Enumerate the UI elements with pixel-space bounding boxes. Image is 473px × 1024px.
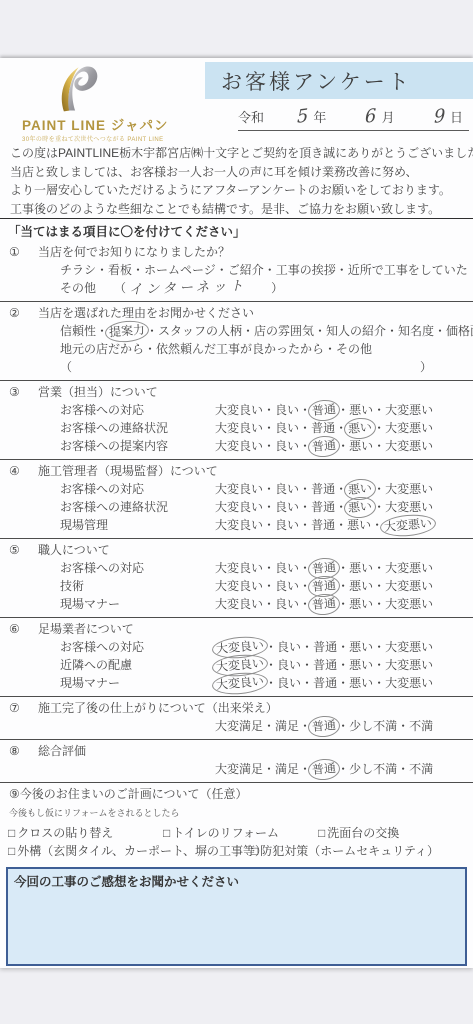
brand-tagline: 30年の時を重ねて次世代へつながる PAINT LINE [22, 134, 202, 143]
option-separator: ・ [373, 658, 385, 672]
paintline-ribbon-icon [50, 62, 102, 114]
rating-option: 普通 [311, 482, 335, 496]
question-title: ⑤職人について [9, 541, 473, 559]
survey-section: ⑨今後のお住まいのご計画について（任意）今後もし仮にリフォームをされるとしたら□… [0, 783, 473, 864]
option-text: 信頼性・ [60, 324, 108, 338]
page-title: お客様アンケート [205, 66, 412, 96]
intro-divider [0, 218, 473, 219]
question-title: ⑧総合評価 [9, 742, 473, 760]
year-unit: 年 [313, 107, 326, 126]
rating-options: 大変満足・満足・普通・少し不満・不満 [215, 717, 433, 735]
option-separator: ・ [301, 658, 313, 672]
option-separator: ・ [263, 597, 275, 611]
rating-options: 大変良い・良い・普通・悪い・大変悪い [215, 595, 433, 613]
option-separator: ・ [263, 439, 275, 453]
option-separator: ・ [373, 676, 385, 690]
question-title-text: 営業（担当）について [38, 383, 158, 401]
question-number: ④ [9, 462, 38, 480]
question-title: ②当店を選ばれた理由をお聞かせください [9, 304, 473, 322]
option-separator: ・ [263, 719, 275, 733]
rating-row: お客様への連絡状況大変良い・良い・普通・悪い・大変悪い [60, 498, 473, 516]
rating-option: 悪い [349, 561, 373, 575]
intro-line: より一層安心していただけるようにアフターアンケートのお願いをしております。 [10, 181, 463, 200]
brand-name: PAINT LINE ジャパン [22, 114, 202, 134]
question-title-text: 当店を何でお知りになりましたか？ [38, 243, 230, 261]
rating-option: 良い [277, 676, 301, 690]
rating-option: 悪い [349, 658, 373, 672]
rating-options: 大変良い・良い・普通・悪い・大変悪い [215, 674, 433, 692]
selected-rating: 普通 [307, 715, 341, 739]
rating-label: 現場マナー [60, 674, 215, 692]
option-separator: ・ [397, 762, 409, 776]
option-separator: ・ [337, 658, 349, 672]
option-separator: ・ [335, 518, 347, 532]
question-title: ⑥足場業者について [9, 620, 473, 638]
option-text: ） [420, 360, 432, 374]
survey-section: ①当店を何でお知りになりましたか？チラシ・看板・ホームページ・ご紹介・工事の挨拶… [0, 241, 473, 301]
rating-option: 良い [275, 579, 299, 593]
rating-option: 大変悪い [385, 500, 433, 514]
survey-sections: ①当店を何でお知りになりましたか？チラシ・看板・ホームページ・ご紹介・工事の挨拶… [0, 241, 473, 864]
rating-option: 悪い [349, 640, 373, 654]
rating-option: 良い [277, 658, 301, 672]
rating-row: 近隣への配慮大変良い・良い・普通・悪い・大変悪い [60, 656, 473, 674]
rating-option: 良い [275, 500, 299, 514]
option-separator: ・ [373, 439, 385, 453]
rating-row: お客様への対応大変良い・良い・普通・悪い・大変悪い [60, 480, 473, 498]
rating-option: 良い [275, 482, 299, 496]
rating-option: 悪い [349, 439, 373, 453]
photo-backdrop: PAINT LINE ジャパン 30年の時を重ねて次世代へつながる PAINT … [0, 0, 473, 1024]
rating-option: 普通 [311, 421, 335, 435]
checkbox-row: □クロスの貼り替え□トイレのリフォーム□洗面台の交換 [8, 824, 473, 842]
selected-rating: 普通 [307, 435, 341, 459]
rating-label: お客様への連絡状況 [60, 498, 215, 516]
rating-option: 大変満足 [215, 762, 263, 776]
rating-option: 大変良い [215, 579, 263, 593]
option-text: 地元の店だから・依然頼んだ工事が良かったから・その他 [60, 342, 372, 356]
checkbox-item: □トイレのリフォーム [163, 824, 318, 842]
option-line: その他 （ インターネット ） [60, 279, 473, 297]
survey-section: ⑧総合評価大変満足・満足・普通・少し不満・不満 [0, 740, 473, 782]
day-unit: 日 [450, 107, 463, 126]
option-separator: ・ [263, 482, 275, 496]
rating-options: 大変良い・良い・普通・悪い・大変悪い [215, 419, 433, 437]
rating-options: 大変良い・良い・普通・悪い・大変悪い [215, 656, 433, 674]
era-label: 令和 [238, 107, 264, 126]
rating-label: 近隣への配慮 [60, 656, 215, 674]
rating-option: 大変良い [215, 597, 263, 611]
question-title: ④施工管理者（現場監督）について [9, 462, 473, 480]
rating-row: 現場マナー大変良い・良い・普通・悪い・大変悪い [60, 595, 473, 613]
survey-section: ⑦施工完了後の仕上がりについて（出来栄え）大変満足・満足・普通・少し不満・不満 [0, 697, 473, 739]
rating-options: 大変良い・良い・普通・悪い・大変悪い [215, 498, 433, 516]
month-unit: 月 [382, 107, 395, 126]
checkbox-icon: □ [251, 844, 258, 858]
rating-row: 大変満足・満足・普通・少し不満・不満 [60, 760, 473, 778]
intro-line: 当店と致しましては、お客様お一人お一人の声に耳を傾け業務改善に努め、 [10, 163, 463, 182]
rating-option: 大変悪い [385, 676, 433, 690]
rating-option: 少し不満 [349, 719, 397, 733]
rating-label [60, 760, 215, 778]
option-text: チラシ・看板・ホームページ・ご紹介・工事の挨拶・近所で工事をしていた [60, 263, 468, 277]
option-separator: ・ [373, 561, 385, 575]
rating-label: お客様への対応 [60, 559, 215, 577]
rating-row: お客様への連絡状況大変良い・良い・普通・悪い・大変悪い [60, 419, 473, 437]
option-separator: ・ [263, 579, 275, 593]
option-text: その他 （ [60, 281, 129, 295]
rating-row: お客様への対応大変良い・良い・普通・悪い・大変悪い [60, 559, 473, 577]
rating-option: 大変良い [215, 500, 263, 514]
rating-option: 大変悪い [385, 421, 433, 435]
checkbox-icon: □ [8, 826, 15, 840]
selected-rating: 普通 [307, 758, 341, 782]
question-title: ⑦施工完了後の仕上がりについて（出来栄え） [9, 699, 473, 717]
rating-option: 大変悪い [385, 561, 433, 575]
option-separator: ・ [263, 421, 275, 435]
question-title-text: 当店を選ばれた理由をお聞かせください [38, 304, 254, 322]
option-text: ） [247, 281, 283, 295]
option-separator: ・ [263, 500, 275, 514]
option-separator: ・ [263, 762, 275, 776]
rating-label: お客様への連絡状況 [60, 419, 215, 437]
rating-option: 大変良い [215, 561, 263, 575]
rating-option: 良い [275, 597, 299, 611]
header: PAINT LINE ジャパン 30年の時を重ねて次世代へつながる PAINT … [0, 58, 473, 140]
option-separator: ・ [373, 403, 385, 417]
checkbox-label: トイレのリフォーム [172, 826, 279, 840]
rating-option: 普通 [313, 676, 337, 690]
rating-option: 大変良い [215, 482, 263, 496]
option-line: （） [60, 358, 473, 376]
option-separator: ・ [299, 482, 311, 496]
rating-row: 現場管理大変良い・良い・普通・悪い・大変悪い [60, 516, 473, 534]
question-number: ⑦ [9, 699, 38, 717]
intro-line: この度はPAINTLINE栃木宇都宮店㈱十文字とご契約を頂き誠にありがとうござい… [10, 144, 463, 163]
rating-option: 大変悪い [385, 597, 433, 611]
survey-section: ⑥足場業者についてお客様への対応大変良い・良い・普通・悪い・大変悪い近隣への配慮… [0, 618, 473, 696]
checkbox-item: □クロスの貼り替え [8, 824, 163, 842]
option-separator: ・ [263, 403, 275, 417]
rating-options: 大変良い・良い・普通・悪い・大変悪い [215, 577, 433, 595]
rating-option: 普通 [313, 658, 337, 672]
option-separator: ・ [299, 518, 311, 532]
intro-line: 工事後のどのような些細なことでも結構です。是非、ご協力をお願い致します。 [10, 200, 463, 219]
logo: PAINT LINE ジャパン 30年の時を重ねて次世代へつながる PAINT … [22, 62, 202, 143]
rating-label: お客様への提案内容 [60, 437, 215, 455]
option-separator: ・ [299, 421, 311, 435]
rating-label: お客様への対応 [60, 401, 215, 419]
rating-option: 大変良い [215, 439, 263, 453]
rating-option: 大変満足 [215, 719, 263, 733]
option-line: 信頼性・提案力・スタッフの人柄・店の雰囲気・知人の紹介・知名度・価格面 [60, 322, 473, 340]
checkbox-icon: □ [318, 826, 325, 840]
rating-option: 大変良い [215, 518, 263, 532]
instruction-heading: 「当てはまる項目に〇を付けてください」 [8, 222, 465, 240]
rating-row: 大変満足・満足・普通・少し不満・不満 [60, 717, 473, 735]
checkbox-item: □防犯対策（ホームセキュリティ） [251, 842, 439, 860]
option-separator: ・ [373, 640, 385, 654]
rating-option: 良い [277, 640, 301, 654]
checkbox-icon: □ [163, 826, 170, 840]
question-number: ② [9, 304, 38, 322]
rating-option: 大変悪い [385, 658, 433, 672]
question-number: ⑤ [9, 541, 38, 559]
rating-row: 技術大変良い・良い・普通・悪い・大変悪い [60, 577, 473, 595]
option-separator: ・ [301, 676, 313, 690]
rating-row: お客様への対応大変良い・良い・普通・悪い・大変悪い [60, 401, 473, 419]
rating-label: お客様への対応 [60, 638, 215, 656]
intro-paragraph: この度はPAINTLINE栃木宇都宮店㈱十文字とご契約を頂き誠にありがとうござい… [10, 144, 463, 218]
survey-section: ②当店を選ばれた理由をお聞かせください信頼性・提案力・スタッフの人柄・店の雰囲気… [0, 302, 473, 380]
rating-option: 大変悪い [385, 482, 433, 496]
checkbox-icon: □ [8, 844, 15, 858]
question-title-text: 総合評価 [38, 742, 86, 760]
question-number: ⑧ [9, 742, 38, 760]
selected-rating: 普通 [307, 593, 341, 617]
rating-options: 大変良い・良い・普通・悪い・大変悪い [215, 480, 433, 498]
rating-option: 悪い [347, 518, 371, 532]
checkbox-item: □外構（玄関タイル、カーポート、塀の工事等） [8, 842, 251, 860]
rating-option: 大変良い [215, 421, 263, 435]
rating-option: 不満 [409, 762, 433, 776]
rating-option: 不満 [409, 719, 433, 733]
rating-option: 悪い [349, 597, 373, 611]
rating-options: 大変良い・良い・普通・悪い・大変悪い [215, 559, 433, 577]
question-title: ①当店を何でお知りになりましたか？ [9, 243, 473, 261]
survey-section: ⑤職人についてお客様への対応大変良い・良い・普通・悪い・大変悪い技術大変良い・良… [0, 539, 473, 617]
option-separator: ・ [373, 579, 385, 593]
option-separator: ・ [337, 676, 349, 690]
rating-option: 満足 [275, 762, 299, 776]
rating-label: お客様への対応 [60, 480, 215, 498]
option-separator: ・ [299, 500, 311, 514]
question-number: ③ [9, 383, 38, 401]
question-title-text: 今後のお住まいのご計画について（任意） [20, 785, 248, 803]
rating-row: 現場マナー大変良い・良い・普通・悪い・大変悪い [60, 674, 473, 692]
checkbox-label: 防犯対策（ホームセキュリティ） [260, 844, 439, 858]
question-title-text: 施工管理者（現場監督）について [38, 462, 218, 480]
question-title: ⑨今後のお住まいのご計画について（任意） [9, 785, 473, 803]
option-separator: ・ [397, 719, 409, 733]
checkbox-label: 外構（玄関タイル、カーポート、塀の工事等） [17, 844, 267, 858]
rating-option: 普通 [311, 518, 335, 532]
question-subtext: 今後もし仮にリフォームをされるとしたら [9, 804, 473, 822]
rating-options: 大変満足・満足・普通・少し不満・不満 [215, 760, 433, 778]
rating-option: 悪い [349, 579, 373, 593]
option-separator: ・ [373, 597, 385, 611]
rating-option: 普通 [313, 640, 337, 654]
rating-options: 大変良い・良い・普通・悪い・大変悪い [215, 638, 433, 656]
option-line: 地元の店だから・依然頼んだ工事が良かったから・その他 [60, 340, 473, 358]
option-separator: ・ [263, 561, 275, 575]
question-title-text: 施工完了後の仕上がりについて（出来栄え） [38, 699, 278, 717]
survey-paper: PAINT LINE ジャパン 30年の時を重ねて次世代へつながる PAINT … [0, 58, 473, 968]
rating-label: 現場管理 [60, 516, 215, 534]
rating-option: 悪い [349, 676, 373, 690]
rating-row: お客様への提案内容大変良い・良い・普通・悪い・大変悪い [60, 437, 473, 455]
rating-option: 良い [275, 518, 299, 532]
option-line: チラシ・看板・ホームページ・ご紹介・工事の挨拶・近所で工事をしていた [60, 261, 473, 279]
rating-label: 技術 [60, 577, 215, 595]
rating-options: 大変良い・良い・普通・悪い・大変悪い [215, 437, 433, 455]
rating-option: 良い [275, 561, 299, 575]
rating-option: 大変悪い [385, 579, 433, 593]
checkbox-row: □外構（玄関タイル、カーポート、塀の工事等）□防犯対策（ホームセキュリティ） [8, 842, 473, 860]
rating-option: 大変悪い [385, 640, 433, 654]
rating-option: 普通 [311, 500, 335, 514]
question-number: ⑥ [9, 620, 38, 638]
question-title-text: 職人について [38, 541, 110, 559]
rating-row: お客様への対応大変良い・良い・普通・悪い・大変悪い [60, 638, 473, 656]
rating-option: 良い [275, 439, 299, 453]
option-text: ・スタッフの人柄・店の雰囲気・知人の紹介・知名度・価格面 [146, 324, 473, 338]
rating-option: 満足 [275, 719, 299, 733]
comment-box-label: 今回の工事のご感想をお聞かせください [14, 872, 459, 890]
date-row: 令和 5 年 6 月 9 日 [238, 106, 469, 131]
question-title-text: 足場業者について [38, 620, 134, 638]
rating-option: 悪い [349, 403, 373, 417]
rating-option: 少し不満 [349, 762, 397, 776]
rating-label: 現場マナー [60, 595, 215, 613]
title-banner: お客様アンケート [205, 62, 473, 99]
option-text: （ [60, 360, 72, 374]
rating-option: 大変悪い [385, 403, 433, 417]
checkbox-item: □洗面台の交換 [318, 824, 473, 842]
rating-option: 良い [275, 403, 299, 417]
option-separator: ・ [301, 640, 313, 654]
rating-options: 大変良い・良い・普通・悪い・大変悪い [215, 401, 433, 419]
option-separator: ・ [263, 518, 275, 532]
selected-rating: 大変悪い [379, 513, 437, 539]
handwritten-answer: インターネット [129, 277, 247, 299]
survey-section: ③営業（担当）についてお客様への対応大変良い・良い・普通・悪い・大変悪いお客様へ… [0, 381, 473, 459]
day-value-handwritten: 9 [434, 105, 445, 128]
rating-options: 大変良い・良い・普通・悪い・大変悪い [215, 516, 433, 534]
rating-option: 良い [275, 421, 299, 435]
rating-option: 大変良い [215, 403, 263, 417]
comment-box: 今回の工事のご感想をお聞かせください [6, 867, 467, 966]
month-value-handwritten: 6 [365, 105, 376, 128]
rating-option: 大変悪い [385, 439, 433, 453]
rating-label [60, 717, 215, 735]
checkbox-label: 洗面台の交換 [327, 826, 399, 840]
question-title: ③営業（担当）について [9, 383, 473, 401]
survey-section: ④施工管理者（現場監督）についてお客様への対応大変良い・良い・普通・悪い・大変悪… [0, 460, 473, 538]
option-separator: ・ [337, 640, 349, 654]
checkbox-label: クロスの貼り替え [17, 826, 113, 840]
year-value-handwritten: 5 [297, 105, 308, 128]
question-number: ① [9, 243, 38, 261]
question-number: ⑨ [9, 785, 20, 803]
